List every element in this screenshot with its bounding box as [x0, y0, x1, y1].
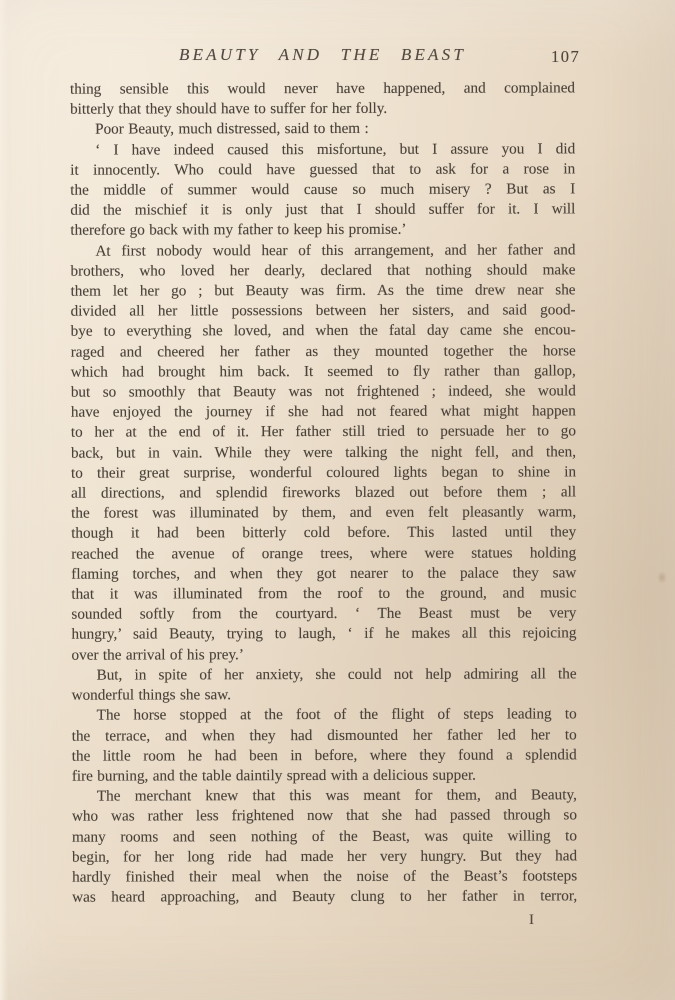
text-line: begin, for her long ride had made her ve…: [72, 846, 577, 868]
text-line: Poor Beauty, much distressed, said to th…: [70, 119, 575, 141]
text-line: all directions, and splendid fireworks b…: [71, 482, 576, 504]
text-line: that it was illuminated from the roof to…: [71, 583, 576, 605]
text-line: many rooms and seen nothing of the Beast…: [72, 826, 577, 848]
text-line: wonderful things she saw.: [72, 684, 577, 706]
chapter-title: BEAUTY AND THE BEAST: [179, 45, 466, 64]
text-line: raged and cheered her father as they mou…: [71, 341, 576, 363]
text-line: The merchant knew that this was meant fo…: [72, 785, 577, 807]
text-line: the little room he had been in before, w…: [72, 745, 577, 767]
text-line: brothers, who loved her dearly, declared…: [70, 260, 575, 282]
book-page: BEAUTY AND THE BEAST 107 thing sensible …: [0, 0, 675, 1000]
text-line: though it had been bitterly cold before.…: [71, 523, 576, 545]
text-line: divided all her little possessions betwe…: [71, 301, 576, 323]
page-edge-highlight: [0, 0, 8, 1000]
text-line: was heard approaching, and Beauty clung …: [72, 886, 577, 908]
text-block: thing sensible this would never have hap…: [70, 78, 577, 908]
running-head: BEAUTY AND THE BEAST: [70, 45, 575, 65]
page-number: 107: [551, 47, 580, 67]
signature-mark: I: [529, 912, 535, 929]
text-line: But, in spite of her anxiety, she could …: [72, 664, 577, 686]
text-line: back, but in vain. While they were talki…: [71, 442, 576, 464]
text-line: the middle of summer would cause so much…: [70, 179, 575, 201]
text-line: to her at the end of it. Her father stil…: [71, 422, 576, 444]
text-line: fire burning, and the table daintily spr…: [72, 765, 577, 787]
text-line: The horse stopped at the foot of the fli…: [72, 705, 577, 727]
text-line: have enjoyed the journey if she had not …: [71, 402, 576, 424]
text-line: to their great surprise, wonderful colou…: [71, 462, 576, 484]
paper-speck: [657, 571, 667, 584]
text-line: them let her go ; but Beauty was firm. A…: [71, 280, 576, 302]
text-line: who was rather less frightened now that …: [72, 806, 577, 828]
text-line: over the arrival of his prey.’: [71, 644, 576, 666]
text-line: the forest was illuminated by them, and …: [71, 503, 576, 525]
text-line: sounded softly from the courtyard. ‘ The…: [71, 604, 576, 626]
text-line: did the mischief it is only just that I …: [70, 200, 575, 222]
text-line: bitterly that they should have to suffer…: [70, 99, 575, 121]
text-line: but so smoothly that Beauty was not frig…: [71, 381, 576, 403]
text-line: At first nobody would hear of this arran…: [70, 240, 575, 262]
text-line: flaming torches, and when they got neare…: [71, 563, 576, 585]
text-line: hardly finished their meal when the nois…: [72, 866, 577, 888]
text-line: therefore go back with my father to keep…: [70, 220, 575, 242]
text-line: reached the avenue of orange trees, wher…: [71, 543, 576, 565]
text-line: thing sensible this would never have hap…: [70, 78, 575, 100]
text-line: hungry,’ said Beauty, trying to laugh, ‘…: [71, 624, 576, 646]
text-line: the terrace, and when they had dismounte…: [72, 725, 577, 747]
text-line: it innocently. Who could have guessed th…: [70, 159, 575, 181]
text-line: bye to everything she loved, and when th…: [71, 321, 576, 343]
text-line: ‘ I have indeed caused this misfortune, …: [70, 139, 575, 161]
text-line: which had brought him back. It seemed to…: [71, 361, 576, 383]
